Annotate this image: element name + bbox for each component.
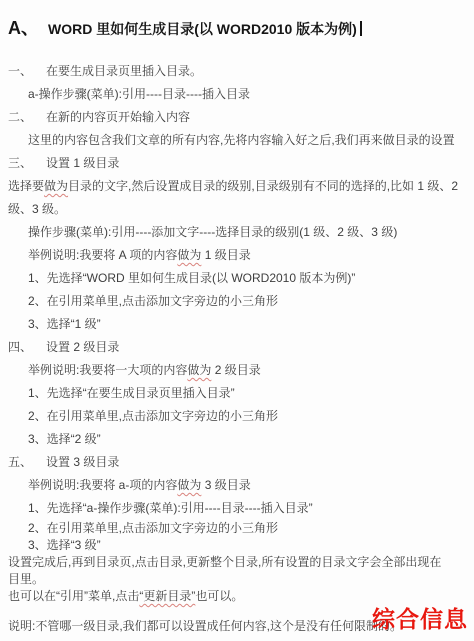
line-text: WORD 里如何生成目录(以 WORD2010 版本为例) (48, 21, 357, 37)
text-cursor (360, 21, 363, 36)
text-line: 二、在新的内容页开始输入内容 (8, 106, 470, 129)
line-text: 1、先选择“a-操作步骤(菜单):引用----目录----插入目录” (28, 501, 313, 515)
line-text: a-操作步骤(菜单):引用----目录----插入目录 (28, 87, 250, 101)
line-text: 设置 1 级目录 (46, 156, 119, 170)
spellcheck-underline: “更新目录” (139, 589, 195, 603)
text-line: 3、选择“2 级” (8, 428, 470, 451)
line-text: 举例说明:我要将一大项的内容做为 2 级目录 (28, 363, 261, 377)
line-text: 在要生成目录页里插入目录。 (46, 64, 202, 78)
text-line: 2、在引用菜单里,点击添加文字旁边的小三角形 (8, 290, 470, 313)
text-line: 3、选择“1 级” (8, 313, 470, 336)
line-text: 也可以在“引用”菜单,点击“更新目录”也可以。 (8, 589, 243, 603)
list-marker: 四、 (8, 336, 46, 359)
list-marker: A、 (8, 15, 48, 41)
line-text: 3、选择“3 级” (28, 538, 101, 552)
line-text: 1、先选择“WORD 里如何生成目录(以 WORD2010 版本为例)” (28, 271, 355, 285)
text-line: 举例说明:我要将一大项的内容做为 2 级目录 (8, 359, 470, 382)
line-text: 1、先选择“在要生成目录页里插入目录” (28, 386, 235, 400)
spellcheck-underline: 做为 (177, 248, 201, 262)
text-line: 一、在要生成目录页里插入目录。 (8, 60, 470, 83)
text-line: 目里。 (8, 571, 470, 588)
list-marker: 一、 (8, 60, 46, 83)
spellcheck-underline: 做为 (44, 179, 68, 193)
line-text: 2、在引用菜单里,点击添加文字旁边的小三角形 (28, 521, 278, 535)
text-line: 1、先选择“a-操作步骤(菜单):引用----目录----插入目录” (8, 497, 470, 520)
document-page: A、WORD 里如何生成目录(以 WORD2010 版本为例)一、在要生成目录页… (0, 0, 474, 641)
line-text: 设置完成后,再到目录页,点击目录,更新整个目录,所有设置的目录文字会全部出现在 (8, 555, 441, 569)
line-text: 这里的内容包含我们文章的所有内容,先将内容输入好之后,我们再来做目录的设置 (28, 133, 455, 147)
spellcheck-underline: 做为 (177, 478, 201, 492)
spellcheck-underline: 做为 (187, 363, 211, 377)
document-title: A、WORD 里如何生成目录(以 WORD2010 版本为例) (8, 15, 470, 42)
text-line: 选择要做为目录的文字,然后设置成目录的级别,目录级别有不同的选择的,比如 1 级… (8, 175, 470, 198)
line-text: 3、选择“2 级” (28, 432, 101, 446)
text-line: 这里的内容包含我们文章的所有内容,先将内容输入好之后,我们再来做目录的设置 (8, 129, 470, 152)
list-marker: 五、 (8, 451, 46, 474)
watermark-text: 综合信息 (372, 601, 468, 634)
text-line: 级、3 级。 (8, 198, 470, 221)
text-line: 举例说明:我要将 A 项的内容做为 1 级目录 (8, 244, 470, 267)
text-line: 四、设置 2 级目录 (8, 336, 470, 359)
list-marker: 三、 (8, 152, 46, 175)
line-text: 选择要做为目录的文字,然后设置成目录的级别,目录级别有不同的选择的,比如 1 级… (8, 179, 458, 193)
text-line: 操作步骤(菜单):引用----添加文字----选择目录的级别(1 级、2 级、3… (8, 221, 470, 244)
line-text: 说明:不管哪一级目录,我们都可以设置成任何内容,这个是没有任何限制的。 (8, 619, 402, 633)
line-text: 设置 2 级目录 (46, 340, 119, 354)
line-text: 举例说明:我要将 A 项的内容做为 1 级目录 (28, 248, 251, 262)
text-line: 设置完成后,再到目录页,点击目录,更新整个目录,所有设置的目录文字会全部出现在 (8, 554, 470, 571)
line-text: 在新的内容页开始输入内容 (46, 110, 190, 124)
line-text: 举例说明:我要将 a-项的内容做为 3 级目录 (28, 478, 251, 492)
text-line: 1、先选择“在要生成目录页里插入目录” (8, 382, 470, 405)
line-text: 3、选择“1 级” (28, 317, 101, 331)
text-line: 举例说明:我要将 a-项的内容做为 3 级目录 (8, 474, 470, 497)
line-text: 2、在引用菜单里,点击添加文字旁边的小三角形 (28, 294, 278, 308)
text-line: 1、先选择“WORD 里如何生成目录(以 WORD2010 版本为例)” (8, 267, 470, 290)
line-text: 2、在引用菜单里,点击添加文字旁边的小三角形 (28, 409, 278, 423)
text-line: 三、设置 1 级目录 (8, 152, 470, 175)
list-marker: 二、 (8, 106, 46, 129)
line-text: 设置 3 级目录 (46, 455, 119, 469)
document-body: A、WORD 里如何生成目录(以 WORD2010 版本为例)一、在要生成目录页… (0, 0, 474, 638)
text-line: 2、在引用菜单里,点击添加文字旁边的小三角形 (8, 405, 470, 428)
line-text: 目里。 (8, 572, 44, 586)
text-line: 五、设置 3 级目录 (8, 451, 470, 474)
line-text: 操作步骤(菜单):引用----添加文字----选择目录的级别(1 级、2 级、3… (28, 225, 397, 239)
text-line: 3、选择“3 级” (8, 537, 470, 554)
line-text: 级、3 级。 (8, 202, 66, 216)
text-line: a-操作步骤(菜单):引用----目录----插入目录 (8, 83, 470, 106)
text-line: 2、在引用菜单里,点击添加文字旁边的小三角形 (8, 520, 470, 537)
